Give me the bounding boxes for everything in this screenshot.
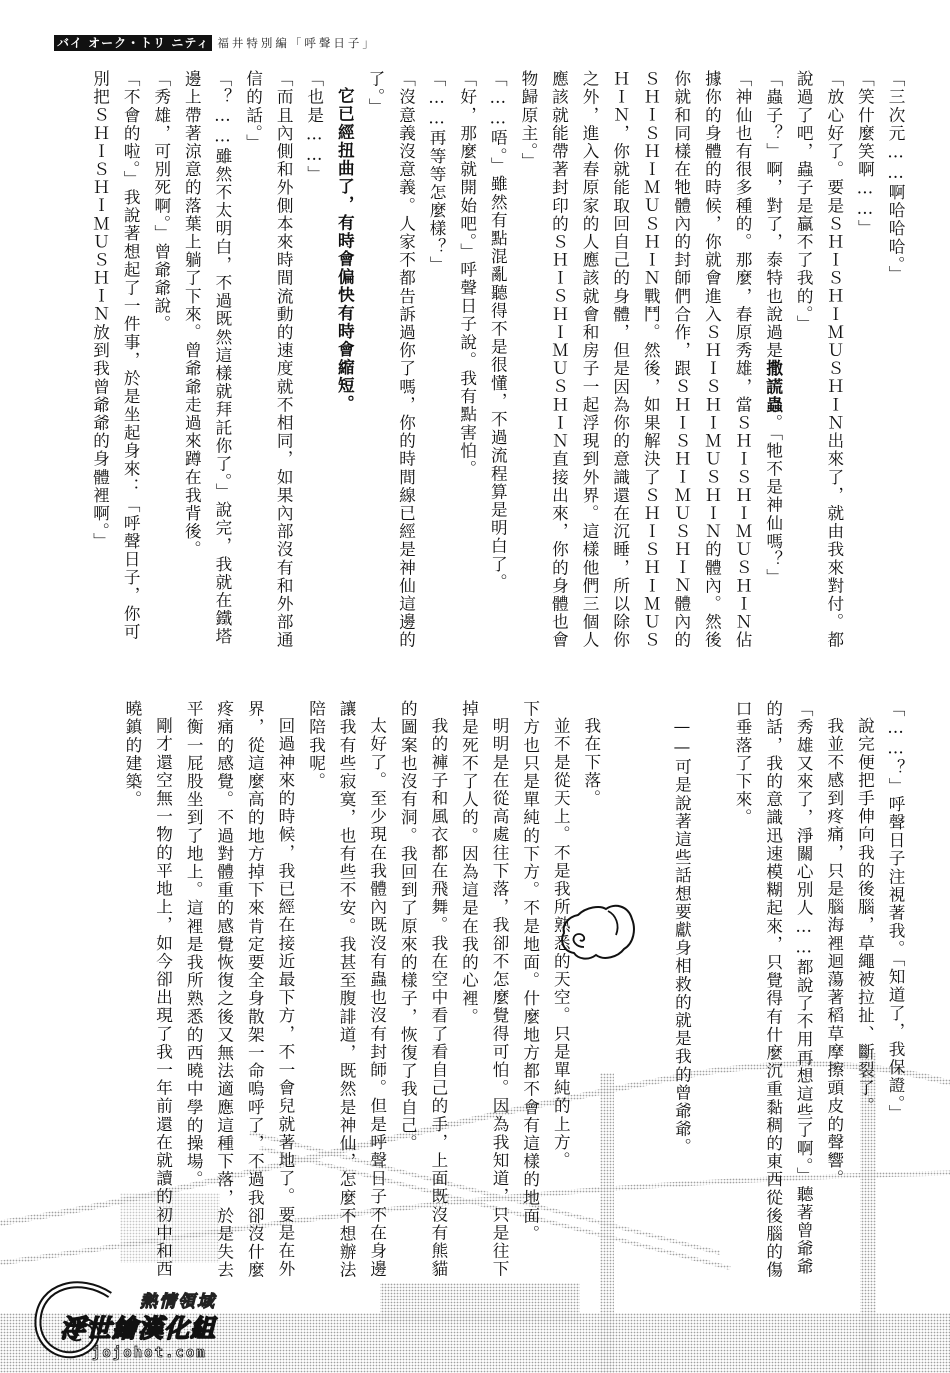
watermark-url: jojohot.com (92, 1345, 207, 1361)
text-line: 並不是從天上。不是我所熟悉的天空。只是單純的上方。 (545, 700, 576, 1310)
text-line: 「好，那麼就開始吧。」呼聲日子說。我有點害怕。 (451, 70, 482, 660)
text-line: 「秀雄又來了，淨關心別人……都說了不用再想這些了啊。」聽著曾爺爺 (788, 700, 819, 1310)
blank-line (636, 700, 666, 1310)
emphasis-line: 它已經扭曲了，有時會偏快有時會縮短。 (329, 70, 360, 660)
cloud-swirl-icon (556, 895, 636, 965)
text-line: 「神仙也有很多種的。那麼，春原秀雄，當ＳＨＩＳＨＩＭＵＳＨＩＮ佔 (726, 70, 757, 660)
text-line: 剛才還空無一物的平地上，如今卻出現了我一年前還在就讀的初中和西 (147, 700, 178, 1310)
text-line: 明明是在從高處往下落，我卻不怎麼覺得可怕。因為我知道，只是往下 (483, 700, 514, 1310)
text-column-block-top: 「三次元……啊哈哈哈。」 「笑什麼笑啊……」 「放心好了。要是ＳＨＩＳＨＩＭＵＳ… (42, 70, 910, 660)
text-line: 平衡一屁股坐到了地上。這裡是我所熟悉的西曉中學的操場。 (178, 700, 209, 1310)
blank-line (606, 700, 636, 1310)
text-line: 「不會的啦。」我說著想起了一件事，於是坐起身來：「呼聲日子，你可 (115, 70, 146, 660)
text-line: 邊上帶著涼意的落葉上躺了下來。曾爺爺走過來蹲在我背後。 (176, 70, 207, 660)
text-line: 應該就能帶著封印的ＳＨＩＳＨＩＭＵＳＨＩＮ直接出來，你的身體也會 (543, 70, 574, 660)
text-line: 說完便把手伸向我的後腦，草繩被拉扯、斷裂了。 (849, 700, 880, 1310)
text-line: 的話，我的意識迅速模糊起來，只覺得有什麼沉重黏稠的東西從後腦的傷 (757, 700, 788, 1310)
text-line: 我並不感到疼痛，只是腦海裡迴蕩著稻草摩擦頭皮的聲響。 (818, 700, 849, 1310)
text-line: 的圖案也沒有洞。我回到了原來的樣子，恢復了我自己。 (392, 700, 423, 1310)
text-line: 「？……雖然不太明白，不過既然這樣就拜託你了。」說完，我就在鐵塔 (206, 70, 237, 660)
text-line: 物歸原主。」 (512, 70, 543, 660)
text-line: 掉是死不了人的。因為這是在我的心裡。 (453, 700, 484, 1310)
text-line: 回過神來的時候，我已經在接近最下方，不一會兒就著地了。要是在外 (269, 700, 300, 1310)
text-line: 說過了吧，蟲子是贏不了我的。」 (788, 70, 819, 660)
text-line: 我在下落。 (575, 700, 606, 1310)
text-line: 別把ＳＨＩＳＨＩＭＵＳＨＩＮ放到我曾爺爺的身體裡啊。」 (84, 70, 115, 660)
text-line: 了。」 (359, 70, 390, 660)
chapter-title: 福井特別編「呼聲日子」 (217, 35, 377, 51)
emphasis-text: 撒謊蟲 (764, 360, 783, 414)
text-line: 「沒意義沒意義。人家不都告訴過你了嗎，你的時間線已經是神仙這邊的 (390, 70, 421, 660)
text-line: 「……唔。」雖然有點混亂聽得不是很懂，不過流程算是明白了。 (482, 70, 513, 660)
text-line: 我的褲子和風衣都在飛舞。我在空中看了看自己的手，上面既沒有熊貓 (422, 700, 453, 1310)
text-line: 你就和同樣在牠體內的封師們合作，跟ＳＨＩＳＨＩＭＵＳＨＩＮ體內的 (665, 70, 696, 660)
blank-line (696, 700, 726, 1310)
text-line: 「而且內側和外側本來時間流動的速度就不相同，如果內部沒有和外部通 (268, 70, 299, 660)
text-line: 讓我有些寂寞，也有些不安。我甚至腹誹道，既然是神仙，怎麼不想辦法 (331, 700, 362, 1310)
text-line: 據你的身體的時候，你就會進入ＳＨＩＳＨＩＭＵＳＨＩＮ的體內。然後 (696, 70, 727, 660)
page-header: バイ オーク・トリ ニティ 福井特別編「呼聲日子」 (54, 35, 377, 51)
text-line-with-emphasis: 「蟲子？」啊，對了，泰特也說過是撒謊蟲。「牠不是神仙嗎？」 (757, 70, 788, 660)
text-line: 「……？」呼聲日子注視著我。「知道了，我保證。」 (879, 700, 910, 1310)
text-line: 「放心好了。要是ＳＨＩＳＨＩＭＵＳＨＩＮ出來了，就由我來對付。都 (818, 70, 849, 660)
text-line: 陪陪我呢。 (300, 700, 331, 1310)
text-line: 信的話。」 (237, 70, 268, 660)
text-line: 下方也只是單純的下方。不是地面。什麼地方都不會有這樣的地面。 (514, 700, 545, 1310)
series-title: バイ オーク・トリ ニティ (54, 35, 212, 51)
text-line: 「也是……」 (298, 70, 329, 660)
text-line: 疼痛的感覺。不過對體重的感覺恢復之後又無法適應這種下落，於是失去 (208, 700, 239, 1310)
text-line: ＳＨＩＳＨＩＭＵＳＨＩＮ戰鬥。然後，如果解決了ＳＨＩＳＨＩＭＵＳ (635, 70, 666, 660)
text-line: ＨＩＮ，你就能取回自己的身體，但是因為你的意識還在沉睡，所以除你 (604, 70, 635, 660)
text-line: 口垂落了下來。 (726, 700, 757, 1310)
text-line: 「三次元……啊哈哈哈。」 (879, 70, 910, 660)
text-line: 界，從這麼高的地方掉下來肯定要全身散架一命嗚呼了，不過我卻沒什麼 (239, 700, 270, 1310)
text-column-block-bottom: 「……？」呼聲日子注視著我。「知道了，我保證。」 說完便把手伸向我的後腦，草繩被… (42, 700, 910, 1310)
scanlation-watermark: 熱情領域 浮世繪漢化組 jojohot.com (30, 1275, 250, 1367)
text-line: 曉鎮的建築。 (116, 700, 147, 1310)
text-line: ——可是說著這些話想要獻身相救的就是我的曾爺爺。 (666, 700, 697, 1310)
watermark-group-name: 浮世繪漢化組 (60, 1309, 216, 1345)
text-line: 之外，進入春原家的人應該就會和房子一起浮現到外界。這樣他們三個人 (573, 70, 604, 660)
text-line: 「……再等等怎麼樣？」 (421, 70, 452, 660)
text-line: 太好了。至少現在我體內既沒有蟲也沒有封師。但是呼聲日子不在身邊 (361, 700, 392, 1310)
text-line: 「笑什麼笑啊……」 (849, 70, 880, 660)
text-line: 「秀雄，可別死啊。」曾爺爺說。 (145, 70, 176, 660)
